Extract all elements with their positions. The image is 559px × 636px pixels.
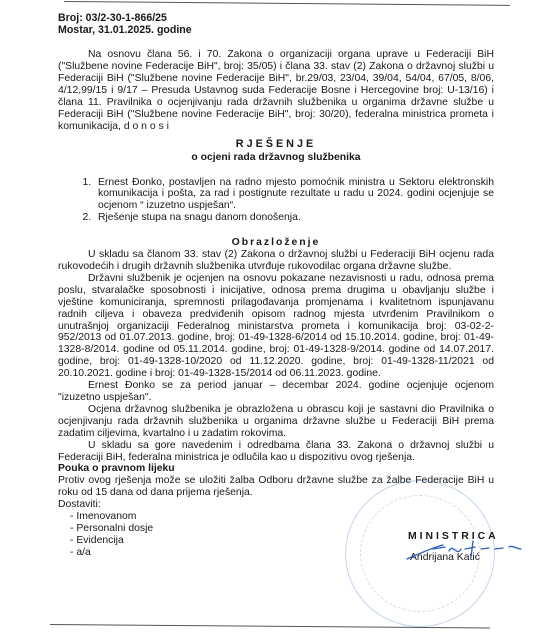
recipient-item: Imenovanom [70, 511, 494, 523]
recipients-label: Dostaviti: [58, 499, 494, 511]
preamble: Na osnovu člana 56. i 70. Zakona o organ… [58, 49, 494, 132]
document-page: Broj: 03/2-30-1-866/25 Mostar, 31.01.202… [58, 12, 494, 559]
dispositive-item: Rješenje stupa na snagu danom donošenja. [94, 212, 494, 224]
legal-remedy-heading: Pouka o pravnom lijeku [58, 463, 494, 475]
reasoning-heading: Obrazloženje [58, 237, 494, 249]
reasoning-paragraph: Ocjena državnog službenika je obrazložen… [58, 404, 494, 440]
reasoning-paragraph: Ernest Đonko se za period januar – decem… [58, 380, 494, 404]
place-date: Mostar, 31.01.2025. godine [58, 24, 494, 36]
top-rule [64, 1, 510, 6]
reasoning-paragraph: Državni službenik je ocjenjen na osnovu … [58, 273, 494, 380]
document-subtitle: o ocjeni rada državnog službenika [58, 152, 494, 164]
handwritten-signature-icon [405, 537, 525, 565]
document-title: RJEŠENJE [58, 139, 494, 151]
legal-remedy-text: Protiv ovog rješenja može se uložiti žal… [58, 475, 494, 499]
reference-number: Broj: 03/2-30-1-866/25 [58, 12, 494, 24]
reasoning-paragraph: U skladu sa gore navedenim i odredbama č… [58, 440, 494, 464]
reasoning-paragraph: U skladu sa članom 33. stav (2) Zakona o… [58, 249, 494, 273]
dispositive-item: Ernest Đonko, postavljen na radno mjesto… [94, 177, 494, 213]
dispositive-list: Ernest Đonko, postavljen na radno mjesto… [58, 177, 494, 225]
